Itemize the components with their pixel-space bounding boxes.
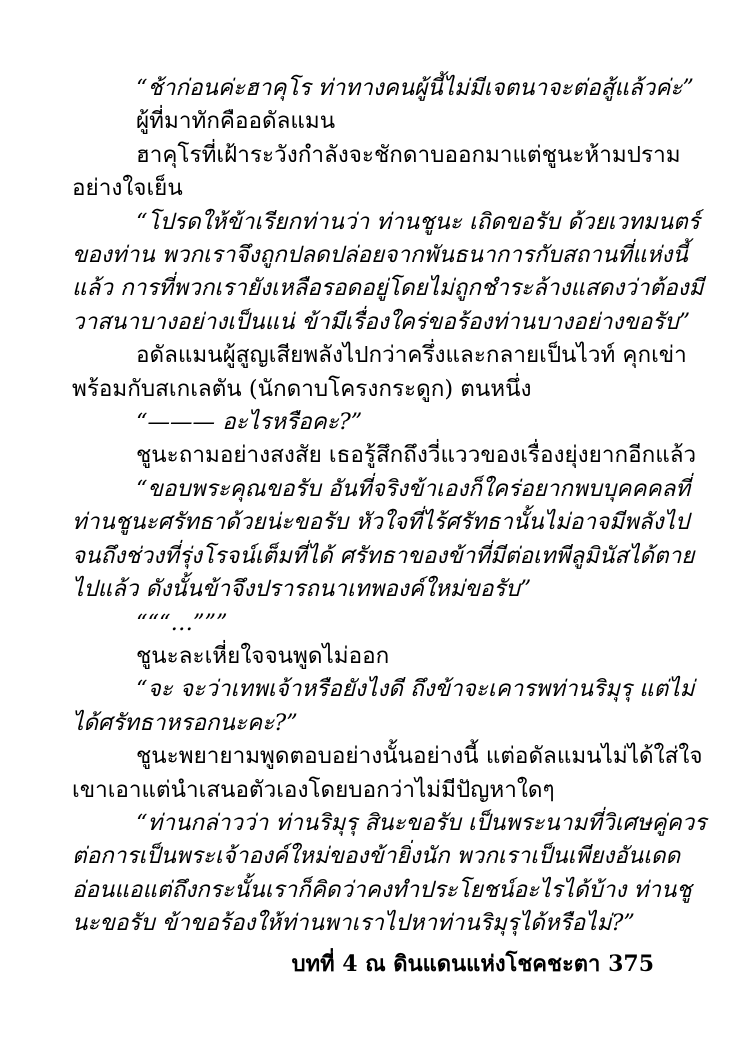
narration-paragraph-3: ฮาคุโรที่เฝ้าระวังกำลังจะชักดาบออกมาแต่ช… [72,139,708,206]
body-text-block: “ช้าก่อนค่ะฮาคุโร ท่าทางคนผู้นี้ไม่มีเจต… [72,72,708,941]
narration-paragraph-2: ผู้ที่มาทักคืออดัลแมน [72,105,708,138]
narration-paragraph-10: ชูนะละเหี่ยใจจนพูดไม่ออก [72,640,708,673]
dialogue-paragraph-11: “จะ จะว่าเทพเจ้าหรือยังไงดี ถึงข้าจะเคาร… [72,673,708,740]
dialogue-paragraph-6: “——— อะไรหรือคะ?” [72,406,708,439]
narration-paragraph-7: ชูนะถามอย่างสงสัย เธอรู้สึกถึงวี่แววของเ… [72,439,708,472]
narration-paragraph-5: อดัลแมนผู้สูญเสียพลังไปกว่าครึ่งและกลายเ… [72,339,708,406]
chapter-footer-text: บทที่ 4 ณ ดินแดนแห่งโชคชะตา 375 [292,951,654,977]
dialogue-paragraph-9: “““…””” [72,607,708,640]
dialogue-paragraph-13: “ท่านกล่าวว่า ท่านริมุรุ สินะขอรับ เป็นพ… [72,807,708,941]
dialogue-paragraph-4: “โปรดให้ข้าเรียกท่านว่า ท่านชูนะ เถิดขอร… [72,206,708,340]
narration-paragraph-12: ชูนะพยายามพูดตอบอย่างนั้นอย่างนี้ แต่อดั… [72,740,708,807]
dialogue-paragraph-1: “ช้าก่อนค่ะฮาคุโร ท่าทางคนผู้นี้ไม่มีเจต… [72,72,708,105]
dialogue-paragraph-8: “ขอบพระคุณขอรับ อันที่จริงข้าเองก็ใคร่อย… [72,473,708,607]
book-page: “ช้าก่อนค่ะฮาคุโร ท่าทางคนผู้นี้ไม่มีเจต… [0,0,738,1051]
page-footer: บทที่ 4 ณ ดินแดนแห่งโชคชะตา 375 [292,948,654,980]
